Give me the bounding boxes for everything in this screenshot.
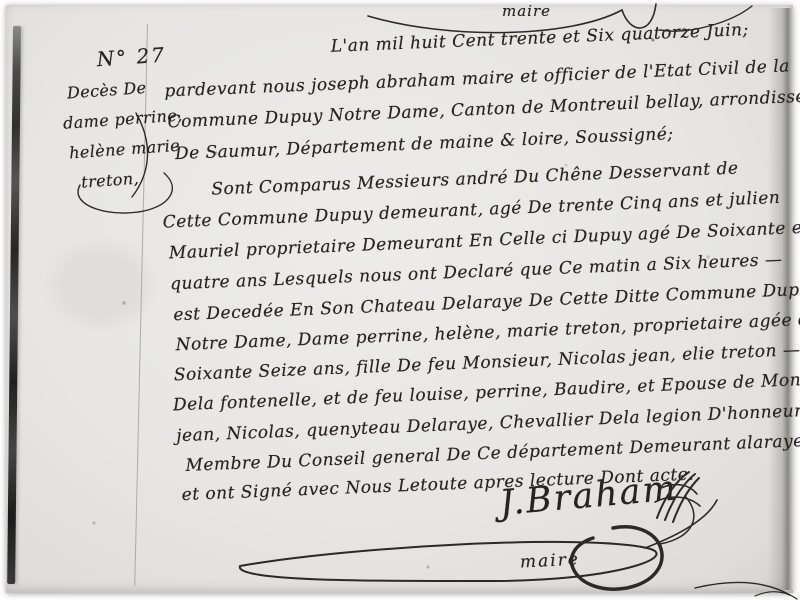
signature-flourish xyxy=(215,494,800,600)
document-scan: maire N° 27 Decès De dame perrine, helèn… xyxy=(0,0,800,600)
act-body: L'an mil huit Cent trente et Six quatorz… xyxy=(150,4,800,509)
act-line: De Saumur, Département de maine & loire,… xyxy=(175,124,674,164)
act-line: L'an mil huit Cent trente et Six quatorz… xyxy=(330,20,749,57)
mayor-title-label: maire xyxy=(520,549,581,572)
